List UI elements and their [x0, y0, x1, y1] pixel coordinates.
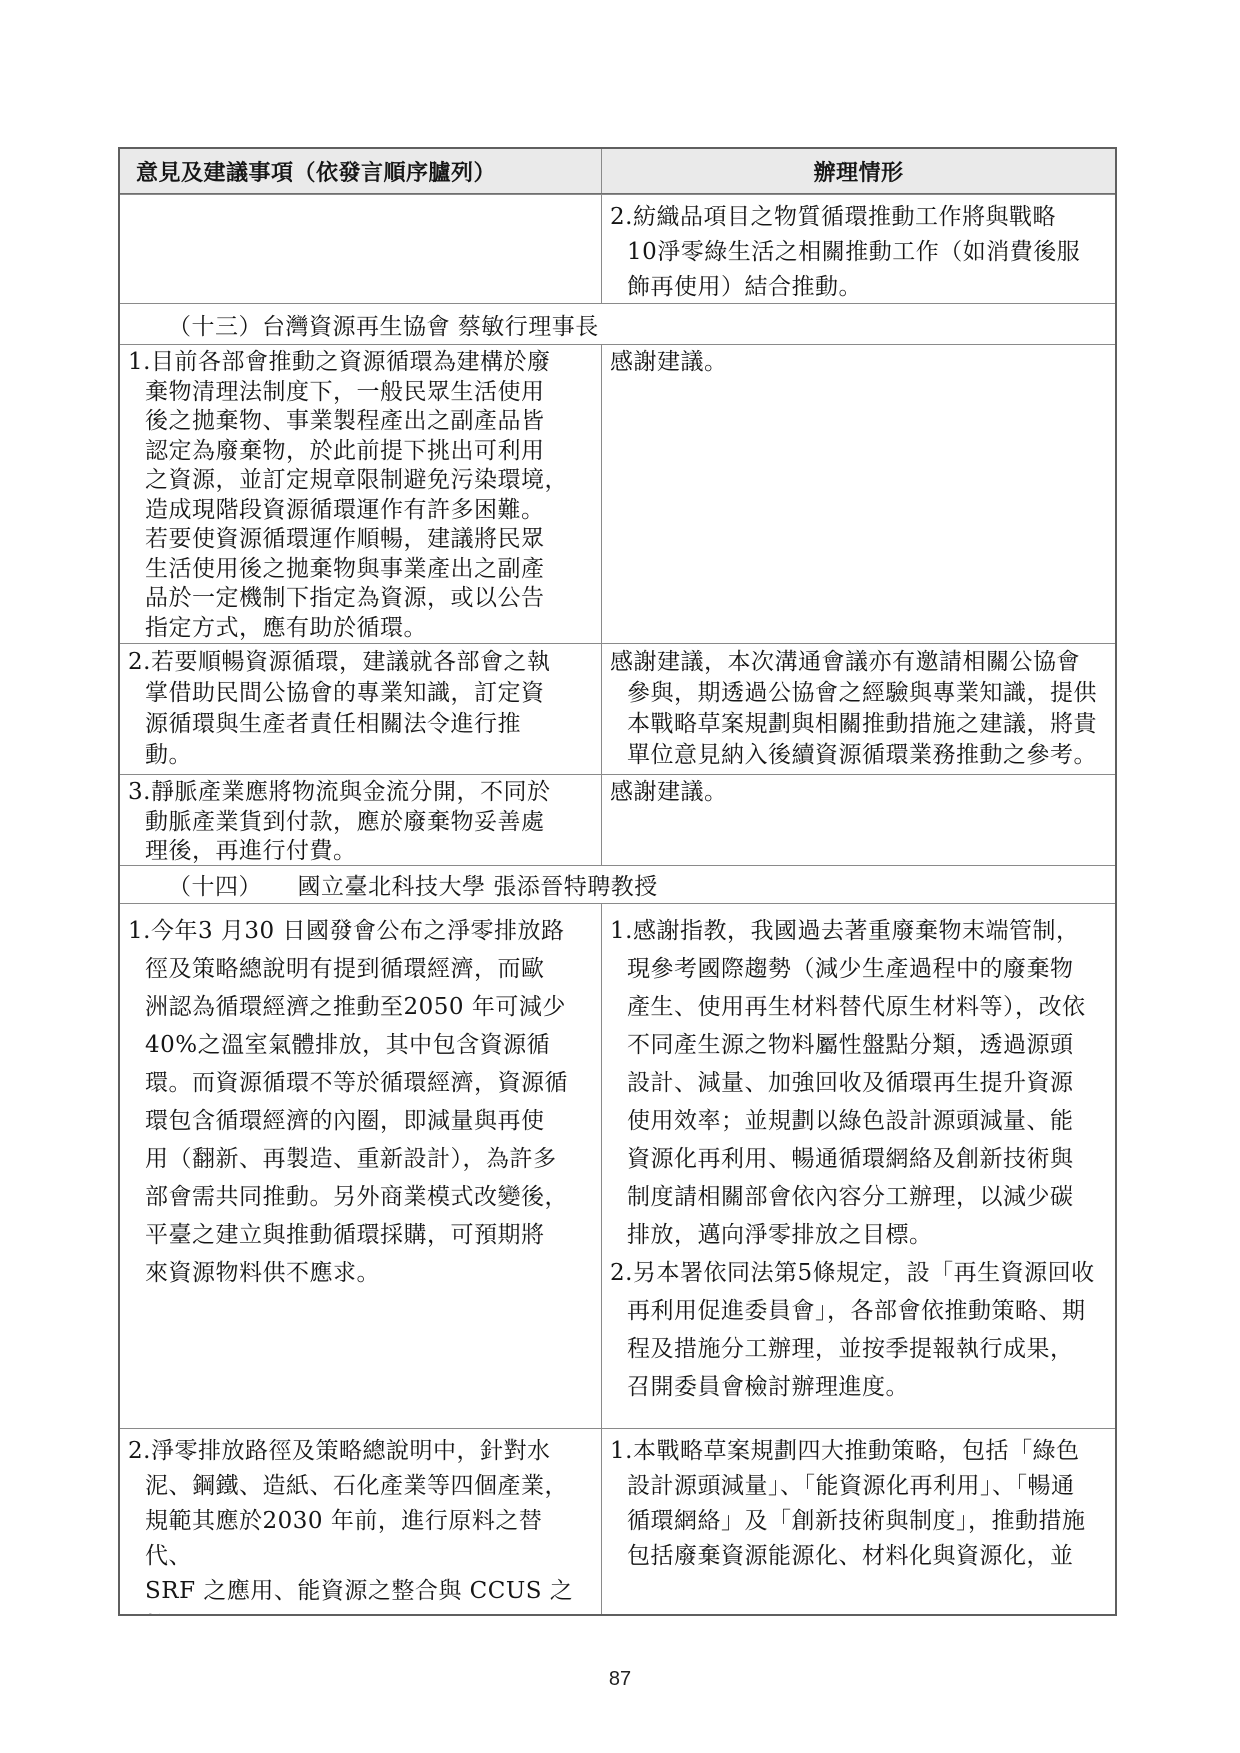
opinion-cell: 2.淨零排放路徑及策略總說明中，針對水 泥、鋼鐵、造紙、石化產業等四個產業， 規…: [120, 1429, 602, 1614]
handling-item: 1.本戰略草案規劃四大推動策略，包括「綠色 設計源頭減量」、「能資源化再利用」、…: [610, 1434, 1101, 1574]
handling-cell: 2.紡織品項目之物質循環推動工作將與戰略 10淨零綠生活之相關推動工作（如消費後…: [602, 195, 1115, 303]
table-row: 3.靜脈產業應將物流與金流分開，不同於 動脈產業貨到付款，應於廢棄物妥善處 理後…: [120, 774, 1115, 865]
header-handling-column: 辦理情形: [602, 149, 1115, 193]
handling-item: 2.紡織品項目之物質循環推動工作將與戰略 10淨零綠生活之相關推動工作（如消費後…: [610, 200, 1101, 303]
opinion-cell-empty: [120, 195, 602, 303]
handling-cell: 感謝建議，本次溝通會議亦有邀請相關公協會 參與，期透過公協會之經驗與專業知識，提…: [602, 644, 1115, 774]
opinion-cell: 1.今年3 月30 日國發會公布之淨零排放路 徑及策略總說明有提到循環經濟，而歐…: [120, 904, 602, 1428]
section-label: （十四） 國立臺北科技大學 張添晉特聘教授: [120, 868, 658, 901]
table-row: 2.淨零排放路徑及策略總說明中，針對水 泥、鋼鐵、造紙、石化產業等四個產業， 規…: [120, 1428, 1115, 1614]
opinion-item: 1.目前各部會推動之資源循環為建構於廢 棄物清理法制度下，一般民眾生活使用 後之…: [128, 348, 581, 643]
table-row: 2.若要順暢資源循環，建議就各部會之執 掌借助民間公協會的專業知識，訂定資 源循…: [120, 643, 1115, 774]
opinion-item: 2.若要順暢資源循環，建議就各部會之執 掌借助民間公協會的專業知識，訂定資 源循…: [128, 647, 581, 771]
page-number: 87: [0, 1668, 1240, 1691]
table-row: 2.紡織品項目之物質循環推動工作將與戰略 10淨零綠生活之相關推動工作（如消費後…: [120, 194, 1115, 303]
opinion-item: 1.今年3 月30 日國發會公布之淨零排放路 徑及策略總說明有提到循環經濟，而歐…: [128, 912, 581, 1292]
document-page: { "document": { "page_number": "87" }, "…: [0, 0, 1240, 1753]
section-row-13: （十三）台灣資源再生協會 蔡敏行理事長: [120, 303, 1115, 344]
opinion-item: 2.淨零排放路徑及策略總說明中，針對水 泥、鋼鐵、造紙、石化產業等四個產業， 規…: [128, 1434, 581, 1614]
comments-table: 意見及建議事項（依發言順序臚列） 辦理情形 2.紡織品項目之物質循環推動工作將與…: [118, 147, 1117, 1616]
opinion-item: 3.靜脈產業應將物流與金流分開，不同於 動脈產業貨到付款，應於廢棄物妥善處 理後…: [128, 778, 581, 865]
header-opinions-column: 意見及建議事項（依發言順序臚列）: [120, 149, 602, 193]
handling-cell: 1.本戰略草案規劃四大推動策略，包括「綠色 設計源頭減量」、「能資源化再利用」、…: [602, 1429, 1115, 1614]
section-row-14: （十四） 國立臺北科技大學 張添晉特聘教授: [120, 865, 1115, 903]
handling-cell: 1.感謝指教，我國過去著重廢棄物末端管制， 現參考國際趨勢（減少生產過程中的廢棄…: [602, 904, 1115, 1428]
handling-item: 2.另本署依同法第5條規定，設「再生資源回收 再利用促進委員會」，各部會依推動策…: [610, 1254, 1101, 1406]
opinion-cell: 2.若要順暢資源循環，建議就各部會之執 掌借助民間公協會的專業知識，訂定資 源循…: [120, 644, 602, 774]
handling-item: 感謝建議。: [610, 778, 1101, 808]
opinion-cell: 1.目前各部會推動之資源循環為建構於廢 棄物清理法制度下，一般民眾生活使用 後之…: [120, 345, 602, 643]
handling-cell: 感謝建議。: [602, 345, 1115, 643]
handling-item: 感謝建議，本次溝通會議亦有邀請相關公協會 參與，期透過公協會之經驗與專業知識，提…: [610, 647, 1101, 771]
handling-item: 感謝建議。: [610, 348, 1101, 378]
handling-item: 1.感謝指教，我國過去著重廢棄物末端管制， 現參考國際趨勢（減少生產過程中的廢棄…: [610, 912, 1101, 1254]
handling-cell: 感謝建議。: [602, 775, 1115, 865]
opinion-cell: 3.靜脈產業應將物流與金流分開，不同於 動脈產業貨到付款，應於廢棄物妥善處 理後…: [120, 775, 602, 865]
table-row: 1.今年3 月30 日國發會公布之淨零排放路 徑及策略總說明有提到循環經濟，而歐…: [120, 903, 1115, 1428]
table-header-row: 意見及建議事項（依發言順序臚列） 辦理情形: [120, 149, 1115, 194]
table-row: 1.目前各部會推動之資源循環為建構於廢 棄物清理法制度下，一般民眾生活使用 後之…: [120, 344, 1115, 643]
section-label: （十三）台灣資源再生協會 蔡敏行理事長: [120, 308, 599, 341]
